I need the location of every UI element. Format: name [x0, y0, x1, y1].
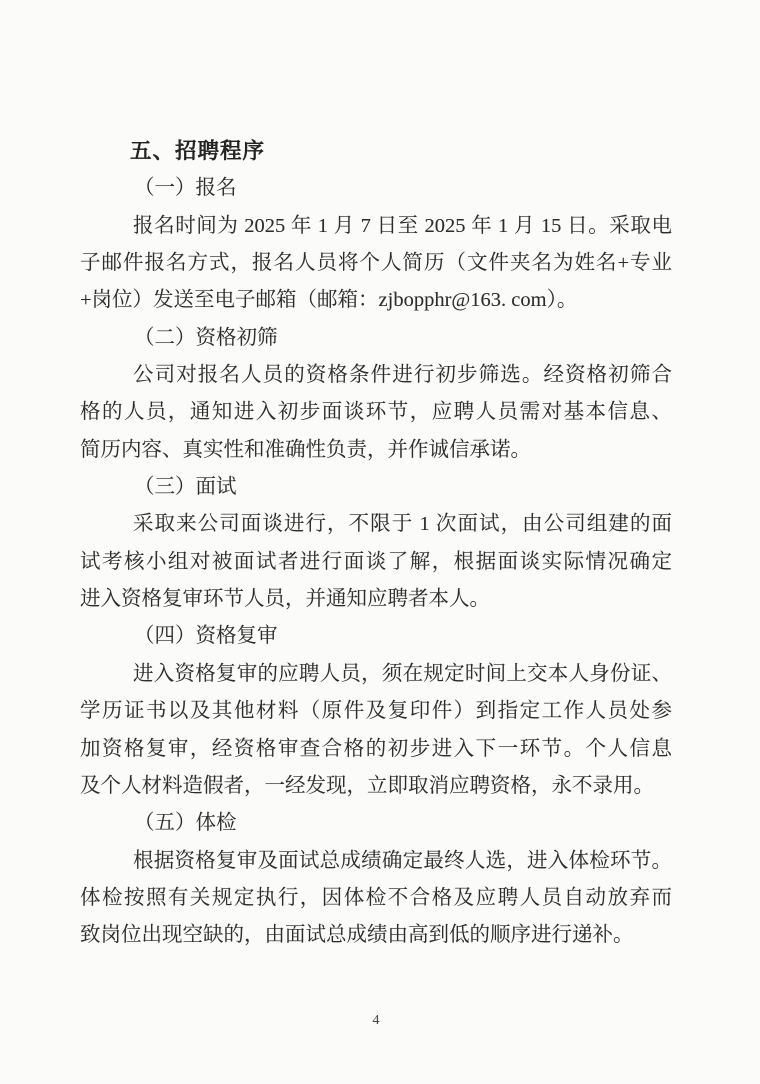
section-baoming: （一）报名 报名时间为 2025 年 1 月 7 日至 2025 年 1 月 1…	[80, 170, 672, 319]
paragraph-line: 简历内容、真实性和准确性负责，并作诚信承诺。	[80, 432, 672, 469]
section-zige-fushen: （四）资格复审 进入资格复审的应聘人员，须在规定时间上交本人身份证、 学历证书以…	[80, 618, 672, 805]
section-mianshi: （三）面试 采取来公司面谈进行，不限于 1 次面试，由公司组建的面 试考核小组对…	[80, 469, 672, 618]
paragraph-line: 进入资格复审的应聘人员，须在规定时间上交本人身份证、	[80, 656, 672, 693]
section-title: （一）报名	[80, 170, 672, 207]
paragraph-line: 加资格复审，经资格审查合格的初步进入下一环节。个人信息	[80, 731, 672, 768]
section-tijian: （五）体检 根据资格复审及面试总成绩确定最终人选，进入体检环节。 体检按照有关规…	[80, 805, 672, 954]
paragraph-line: 根据资格复审及面试总成绩确定最终人选，进入体检环节。	[80, 843, 672, 880]
paragraph-line: 试考核小组对被面试者进行面谈了解，根据面谈实际情况确定	[80, 544, 672, 581]
paragraph-line: 学历证书以及其他材料（原件及复印件）到指定工作人员处参	[80, 693, 672, 730]
paragraph-line: 体检按照有关规定执行，因体检不合格及应聘人员自动放弃而	[80, 880, 672, 917]
paragraph-line: 子邮件报名方式，报名人员将个人简历（文件夹名为姓名+专业	[80, 245, 672, 282]
paragraph-line: 进入资格复审环节人员，并通知应聘者本人。	[80, 581, 672, 618]
section-title: （三）面试	[80, 469, 672, 506]
section-title: （二）资格初筛	[80, 320, 672, 357]
paragraph-line: 报名时间为 2025 年 1 月 7 日至 2025 年 1 月 15 日。采取…	[80, 208, 672, 245]
section-title: （五）体检	[80, 805, 672, 842]
page-number: 4	[80, 1013, 672, 1029]
scanned-document-page: 五、招聘程序 （一）报名 报名时间为 2025 年 1 月 7 日至 2025 …	[0, 0, 760, 1084]
section-zige-chushai: （二）资格初筛 公司对报名人员的资格条件进行初步筛选。经资格初筛合 格的人员，通…	[80, 320, 672, 469]
paragraph-line: 及个人材料造假者，一经发现，立即取消应聘资格，永不录用。	[80, 768, 672, 805]
paragraph-line: 致岗位出现空缺的，由面试总成绩由高到低的顺序进行递补。	[80, 917, 672, 954]
paragraph-line: +岗位）发送至电子邮箱（邮箱：zjbopphr@163. com）。	[80, 282, 672, 319]
section-title: （四）资格复审	[80, 618, 672, 655]
document-body: 五、招聘程序 （一）报名 报名时间为 2025 年 1 月 7 日至 2025 …	[80, 133, 672, 955]
document-heading: 五、招聘程序	[80, 133, 672, 170]
paragraph-line: 格的人员，通知进入初步面谈环节，应聘人员需对基本信息、	[80, 394, 672, 431]
paragraph-line: 采取来公司面谈进行，不限于 1 次面试，由公司组建的面	[80, 506, 672, 543]
paragraph-line: 公司对报名人员的资格条件进行初步筛选。经资格初筛合	[80, 357, 672, 394]
